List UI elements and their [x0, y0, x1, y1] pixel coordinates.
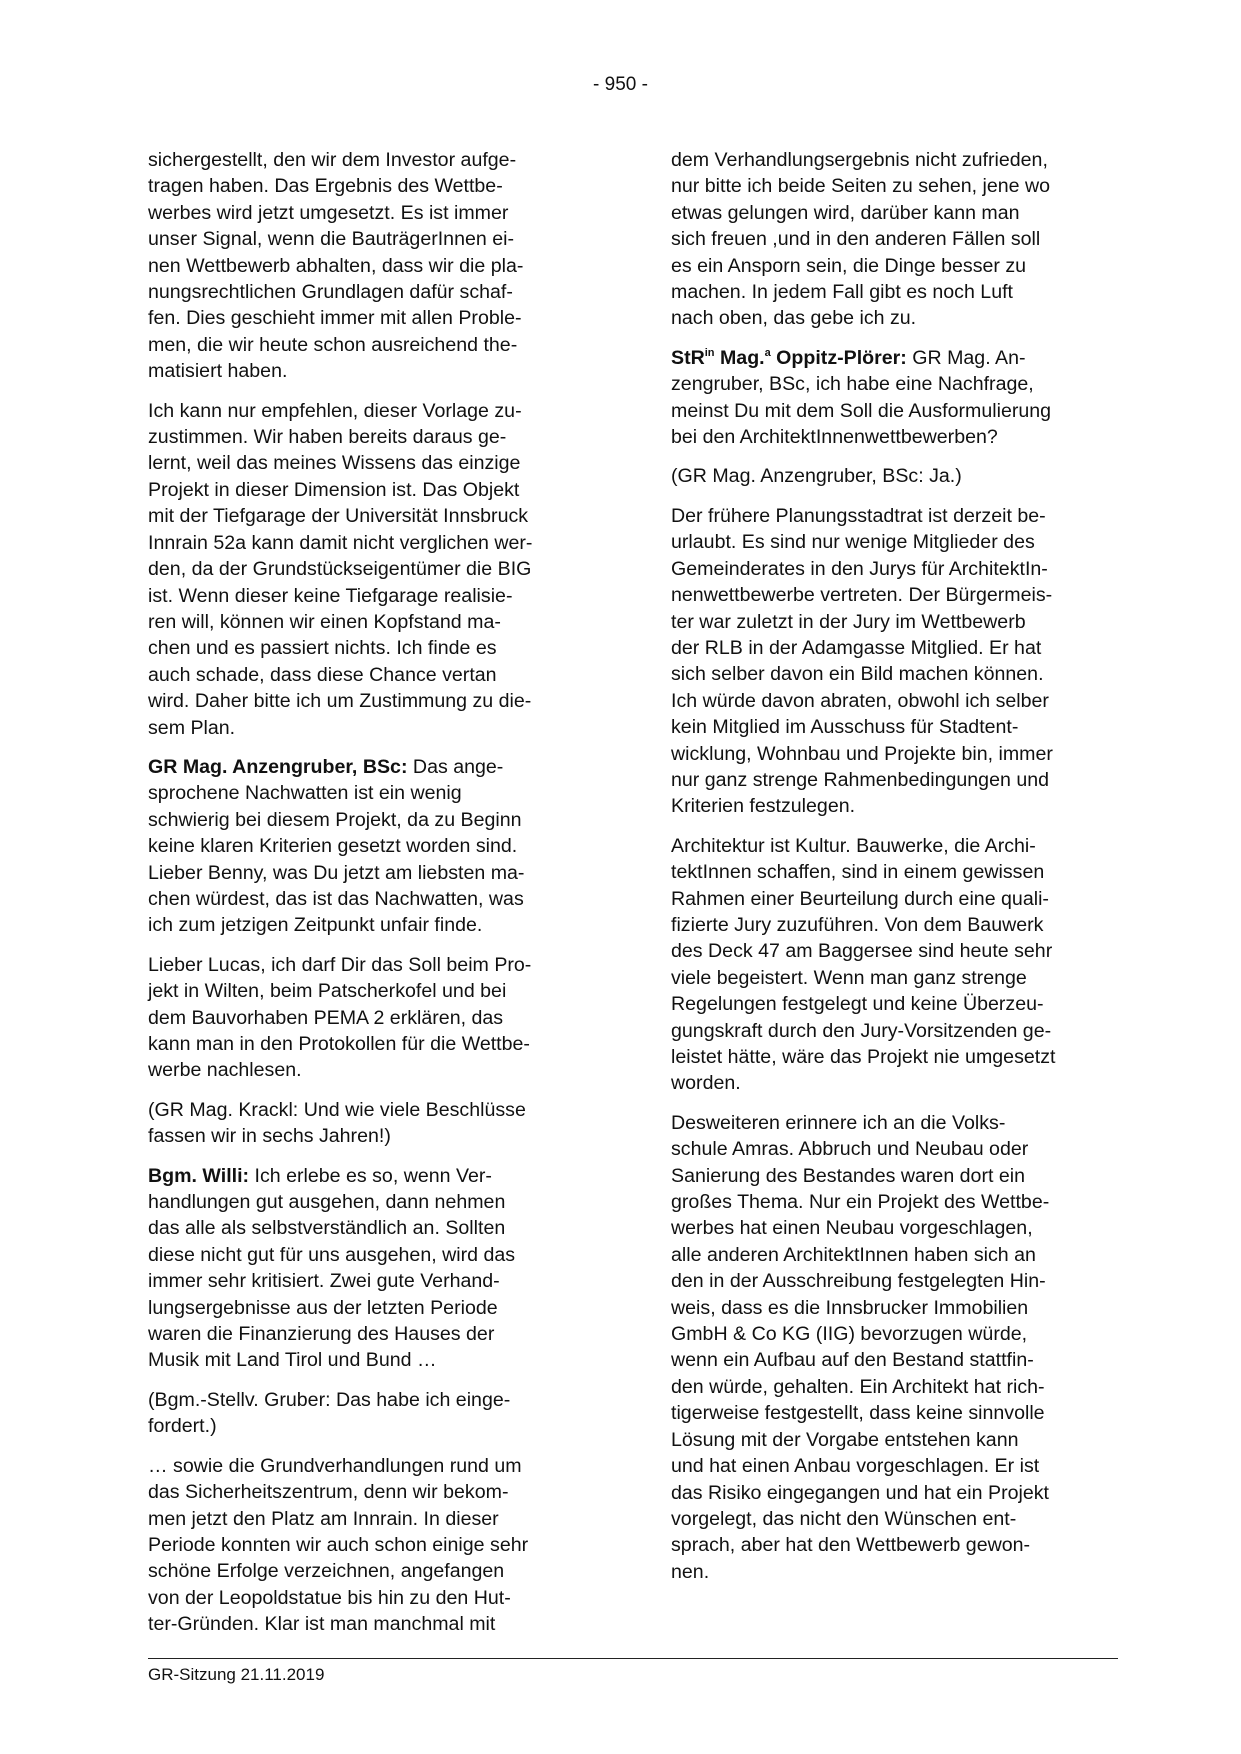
speaker-paragraph: StRin Mag.a Oppitz-Plörer: GR Mag. An- z…	[671, 345, 1141, 451]
text-line: nach oben, das gebe ich zu.	[671, 305, 1141, 331]
text-line: lungsergebnisse aus der letzten Periode	[148, 1295, 608, 1321]
text-fragment: Das ange-	[407, 756, 503, 778]
text-line: … sowie die Grundverhandlungen rund um	[148, 1453, 608, 1479]
page-number: - 950 -	[0, 74, 1241, 96]
text-line: immer sehr kritisiert. Zwei gute Verhand…	[148, 1268, 608, 1294]
speaker-name: GR Mag. Anzengruber, BSc:	[148, 756, 407, 778]
speaker-title-superscript: in	[705, 347, 715, 359]
text-line: chen und es passiert nichts. Ich finde e…	[148, 635, 608, 661]
paragraph: Architektur ist Kultur. Bauwerke, die Ar…	[671, 833, 1141, 1097]
text-line: meinst Du mit dem Soll die Ausformulieru…	[671, 398, 1141, 424]
text-line: wenn ein Aufbau auf den Bestand stattfin…	[671, 1347, 1141, 1373]
text-line: tigerweise festgestellt, dass keine sinn…	[671, 1400, 1141, 1426]
speaker-name: Bgm. Willi:	[148, 1165, 249, 1187]
paragraph: dem Verhandlungsergebnis nicht zufrieden…	[671, 147, 1141, 332]
text-line: großes Thema. Nur ein Projekt des Wettbe…	[671, 1189, 1141, 1215]
text-line: etwas gelungen wird, darüber kann man	[671, 200, 1141, 226]
text-line: Ich würde davon abraten, obwohl ich selb…	[671, 688, 1141, 714]
text-line: Architektur ist Kultur. Bauwerke, die Ar…	[671, 833, 1141, 859]
text-line: handlungen gut ausgehen, dann nehmen	[148, 1189, 608, 1215]
text-line: zustimmen. Wir haben bereits daraus ge-	[148, 424, 608, 450]
speaker-paragraph: Bgm. Willi: Ich erlebe es so, wenn Ver- …	[148, 1163, 608, 1374]
text-line: nen.	[671, 1559, 1141, 1585]
text-line: Innrain 52a kann damit nicht verglichen …	[148, 530, 608, 556]
text-line: werbes wird jetzt umgesetzt. Es ist imme…	[148, 200, 608, 226]
text-line: sprach, aber hat den Wettbewerb gewon-	[671, 1532, 1141, 1558]
text-line: matisiert haben.	[148, 358, 608, 384]
text-line: worden.	[671, 1070, 1141, 1096]
text-line: schöne Erfolge verzeichnen, angefangen	[148, 1558, 608, 1584]
text-line: jekt in Wilten, beim Patscherkofel und b…	[148, 978, 608, 1004]
text-line: mit der Tiefgarage der Universität Innsb…	[148, 503, 608, 529]
text-line: Musik mit Land Tirol und Bund …	[148, 1347, 608, 1373]
text-line: waren die Finanzierung des Hauses der	[148, 1321, 608, 1347]
text-line: (GR Mag. Krackl: Und wie viele Beschlüss…	[148, 1097, 608, 1123]
speaker-surname: Oppitz-Plörer:	[771, 347, 907, 369]
text-line: vorgelegt, das nicht den Wünschen ent-	[671, 1506, 1141, 1532]
text-line: sem Plan.	[148, 715, 608, 741]
text-line: Projekt in dieser Dimension ist. Das Obj…	[148, 477, 608, 503]
text-line: keine klaren Kriterien gesetzt worden si…	[148, 833, 608, 859]
text-line: Gemeinderates in den Jurys für Architekt…	[671, 556, 1141, 582]
text-line: das alle als selbstverständlich an. Soll…	[148, 1215, 608, 1241]
paragraph: Der frühere Planungsstadtrat ist derzeit…	[671, 503, 1141, 820]
text-line: Sanierung des Bestandes waren dort ein	[671, 1163, 1141, 1189]
speaker-degree: Mag.	[715, 347, 765, 369]
text-line: nenwettbewerbe vertreten. Der Bürgermeis…	[671, 582, 1141, 608]
text-line: sich freuen ,und in den anderen Fällen s…	[671, 226, 1141, 252]
footer-divider	[148, 1658, 1118, 1659]
text-line: nur ganz strenge Rahmenbedingungen und	[671, 767, 1141, 793]
text-line: fordert.)	[148, 1413, 608, 1439]
text-line: ren will, können wir einen Kopfstand ma-	[148, 609, 608, 635]
text-line: der RLB in der Adamgasse Mitglied. Er ha…	[671, 635, 1141, 661]
text-line: lernt, weil das meines Wissens das einzi…	[148, 450, 608, 476]
text-line: Lösung mit der Vorgabe entstehen kann	[671, 1427, 1141, 1453]
speaker-title: StR	[671, 347, 705, 369]
text-line: (Bgm.-Stellv. Gruber: Das habe ich einge…	[148, 1387, 608, 1413]
text-line: wicklung, Wohnbau und Projekte bin, imme…	[671, 741, 1141, 767]
text-line: werbes hat einen Neubau vorgeschlagen,	[671, 1215, 1141, 1241]
text-line: sprochene Nachwatten ist ein wenig	[148, 780, 608, 806]
text-line: ter war zuletzt in der Jury im Wettbewer…	[671, 609, 1141, 635]
text-line: kein Mitglied im Ausschuss für Stadtent-	[671, 714, 1141, 740]
text-fragment: Ich erlebe es so, wenn Ver-	[249, 1165, 492, 1187]
text-line: von der Leopoldstatue bis hin zu den Hut…	[148, 1585, 608, 1611]
text-line: gungskraft durch den Jury-Vorsitzenden g…	[671, 1018, 1141, 1044]
text-line: Desweiteren erinnere ich an die Volks-	[671, 1110, 1141, 1136]
text-line: fassen wir in sechs Jahren!)	[148, 1123, 608, 1149]
text-line: Regelungen festgelegt und keine Überzeu-	[671, 991, 1141, 1017]
text-line: bei den ArchitektInnenwettbewerben?	[671, 424, 1141, 450]
text-line: ist. Wenn dieser keine Tiefgarage realis…	[148, 583, 608, 609]
text-line: ich zum jetzigen Zeitpunkt unfair finde.	[148, 912, 608, 938]
text-line: dem Bauvorhaben PEMA 2 erklären, das	[148, 1005, 608, 1031]
text-line: werbe nachlesen.	[148, 1057, 608, 1083]
paragraph: sichergestellt, den wir dem Investor auf…	[148, 147, 608, 385]
text-line: sich selber davon ein Bild machen können…	[671, 661, 1141, 687]
text-line: machen. In jedem Fall gibt es noch Luft	[671, 279, 1141, 305]
text-line: auch schade, dass diese Chance vertan	[148, 662, 608, 688]
text-line: ter-Gründen. Klar ist man manchmal mit	[148, 1611, 608, 1637]
text-line: GmbH & Co KG (IIG) bevorzugen würde,	[671, 1321, 1141, 1347]
text-line: tektInnen schaffen, sind in einem gewiss…	[671, 859, 1141, 885]
text-line: fizierte Jury zuzuführen. Von dem Bauwer…	[671, 912, 1141, 938]
text-line: alle anderen ArchitektInnen haben sich a…	[671, 1242, 1141, 1268]
text-line: das Risiko eingegangen und hat ein Proje…	[671, 1480, 1141, 1506]
text-line: fen. Dies geschieht immer mit allen Prob…	[148, 305, 608, 331]
text-line: StRin Mag.a Oppitz-Plörer: GR Mag. An-	[671, 345, 1141, 371]
text-line: des Deck 47 am Baggersee sind heute sehr	[671, 938, 1141, 964]
text-line: GR Mag. Anzengruber, BSc: Das ange-	[148, 754, 608, 780]
text-line: urlaubt. Es sind nur wenige Mitglieder d…	[671, 529, 1141, 555]
paragraph: Ich kann nur empfehlen, dieser Vorlage z…	[148, 398, 608, 741]
text-line: (GR Mag. Anzengruber, BSc: Ja.)	[671, 463, 1141, 489]
text-line: diese nicht gut für uns ausgehen, wird d…	[148, 1242, 608, 1268]
text-line: das Sicherheitszentrum, denn wir bekom-	[148, 1479, 608, 1505]
text-line: Periode konnten wir auch schon einige se…	[148, 1532, 608, 1558]
text-line: Ich kann nur empfehlen, dieser Vorlage z…	[148, 398, 608, 424]
paragraph: Desweiteren erinnere ich an die Volks- s…	[671, 1110, 1141, 1585]
text-line: Der frühere Planungsstadtrat ist derzeit…	[671, 503, 1141, 529]
paragraph: Lieber Lucas, ich darf Dir das Soll beim…	[148, 952, 608, 1084]
text-line: und hat einen Anbau vorgeschlagen. Er is…	[671, 1453, 1141, 1479]
text-line: Lieber Benny, was Du jetzt am liebsten m…	[148, 860, 608, 886]
text-line: es ein Ansporn sein, die Dinge besser zu	[671, 253, 1141, 279]
speaker-name: StRin Mag.a Oppitz-Plörer:	[671, 347, 907, 369]
text-line: nur bitte ich beide Seiten zu sehen, jen…	[671, 173, 1141, 199]
text-line: sichergestellt, den wir dem Investor auf…	[148, 147, 608, 173]
right-column: dem Verhandlungsergebnis nicht zufrieden…	[671, 147, 1141, 1598]
text-line: den in der Ausschreibung festgelegten Hi…	[671, 1268, 1141, 1294]
left-column: sichergestellt, den wir dem Investor auf…	[148, 147, 608, 1651]
text-line: schule Amras. Abbruch und Neubau oder	[671, 1136, 1141, 1162]
text-fragment: GR Mag. An-	[907, 347, 1026, 369]
interjection: (GR Mag. Krackl: Und wie viele Beschlüss…	[148, 1097, 608, 1150]
footer-session-date: GR-Sitzung 21.11.2019	[148, 1665, 324, 1685]
text-line: wird. Daher bitte ich um Zustimmung zu d…	[148, 688, 608, 714]
text-line: men, die wir heute schon ausreichend the…	[148, 332, 608, 358]
text-line: viele begeistert. Wenn man ganz strenge	[671, 965, 1141, 991]
text-line: men jetzt den Platz am Innrain. In diese…	[148, 1506, 608, 1532]
speaker-paragraph: GR Mag. Anzengruber, BSc: Das ange- spro…	[148, 754, 608, 939]
text-line: Kriterien festzulegen.	[671, 793, 1141, 819]
paragraph: … sowie die Grundverhandlungen rund um d…	[148, 1453, 608, 1638]
text-line: leistet hätte, wäre das Projekt nie umge…	[671, 1044, 1141, 1070]
text-line: Lieber Lucas, ich darf Dir das Soll beim…	[148, 952, 608, 978]
text-line: weis, dass es die Innsbrucker Immobilien	[671, 1295, 1141, 1321]
text-line: dem Verhandlungsergebnis nicht zufrieden…	[671, 147, 1141, 173]
interjection: (Bgm.-Stellv. Gruber: Das habe ich einge…	[148, 1387, 608, 1440]
text-line: kann man in den Protokollen für die Wett…	[148, 1031, 608, 1057]
interjection: (GR Mag. Anzengruber, BSc: Ja.)	[671, 463, 1141, 489]
text-line: schwierig bei diesem Projekt, da zu Begi…	[148, 807, 608, 833]
text-line: nen Wettbewerb abhalten, dass wir die pl…	[148, 253, 608, 279]
text-line: zengruber, BSc, ich habe eine Nachfrage,	[671, 371, 1141, 397]
text-line: unser Signal, wenn die BauträgerInnen ei…	[148, 226, 608, 252]
text-line: den würde, gehalten. Ein Architekt hat r…	[671, 1374, 1141, 1400]
text-line: Bgm. Willi: Ich erlebe es so, wenn Ver-	[148, 1163, 608, 1189]
text-line: den, da der Grundstückseigentümer die BI…	[148, 556, 608, 582]
text-line: nungsrechtlichen Grundlagen dafür schaf-	[148, 279, 608, 305]
text-line: Rahmen einer Beurteilung durch eine qual…	[671, 886, 1141, 912]
text-line: tragen haben. Das Ergebnis des Wettbe-	[148, 173, 608, 199]
text-line: chen würdest, das ist das Nachwatten, wa…	[148, 886, 608, 912]
